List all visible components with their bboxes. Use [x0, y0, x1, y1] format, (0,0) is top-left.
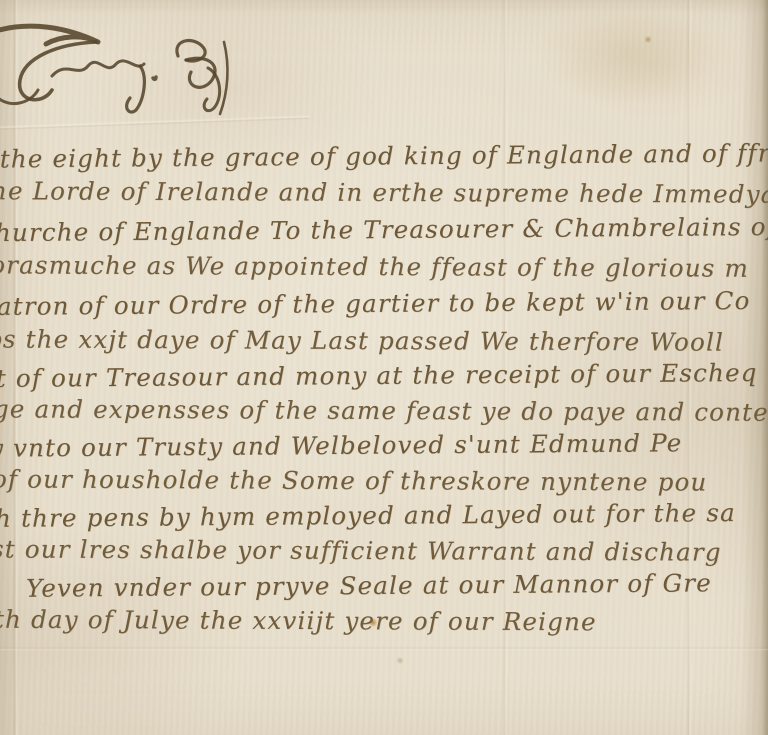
stain-dot-top-right: [644, 36, 652, 43]
stain-dot-faint: [396, 657, 404, 664]
manuscript-line: ist our lres shalbe yor sufficient Warra…: [0, 534, 722, 566]
manuscript-line: Yeven vnder our pryve Seale at our Manno…: [26, 568, 712, 602]
horizontal-crease-bottom: [0, 646, 768, 651]
manuscript-line: patron of our Ordre of the gartier to be…: [0, 286, 751, 321]
manuscript-line: th thre pens by hym employed and Layed o…: [0, 498, 736, 533]
manuscript-line: of our housholde the Some of threskore n…: [0, 464, 708, 496]
manuscript-line: forasmuche as We appointed the ffeast of…: [0, 250, 749, 282]
manuscript-line: rge and expensses of the same feast ye d…: [0, 394, 768, 426]
manuscript-line: the Lorde of Irelande and in erthe supre…: [0, 176, 768, 209]
parchment-document: ) the eight by the grace of god king of …: [0, 0, 768, 735]
manuscript-line: ly vnto our Trusty and Welbeloved s'unt …: [0, 428, 682, 463]
manuscript-line: churche of Englande To the Treasourer & …: [0, 212, 768, 247]
manuscript-line: th day of Julye the xxviijt yere of our …: [0, 605, 597, 637]
manuscript-line: ps the xxjt daye of May Last passed We t…: [0, 324, 724, 356]
faint-stain-top-right: [560, 10, 750, 120]
manuscript-line: at of our Treasour and mony at the recei…: [0, 358, 758, 393]
royal-signature-flourish: [0, 12, 270, 124]
manuscript-line: ) the eight by the grace of god king of …: [0, 137, 768, 173]
